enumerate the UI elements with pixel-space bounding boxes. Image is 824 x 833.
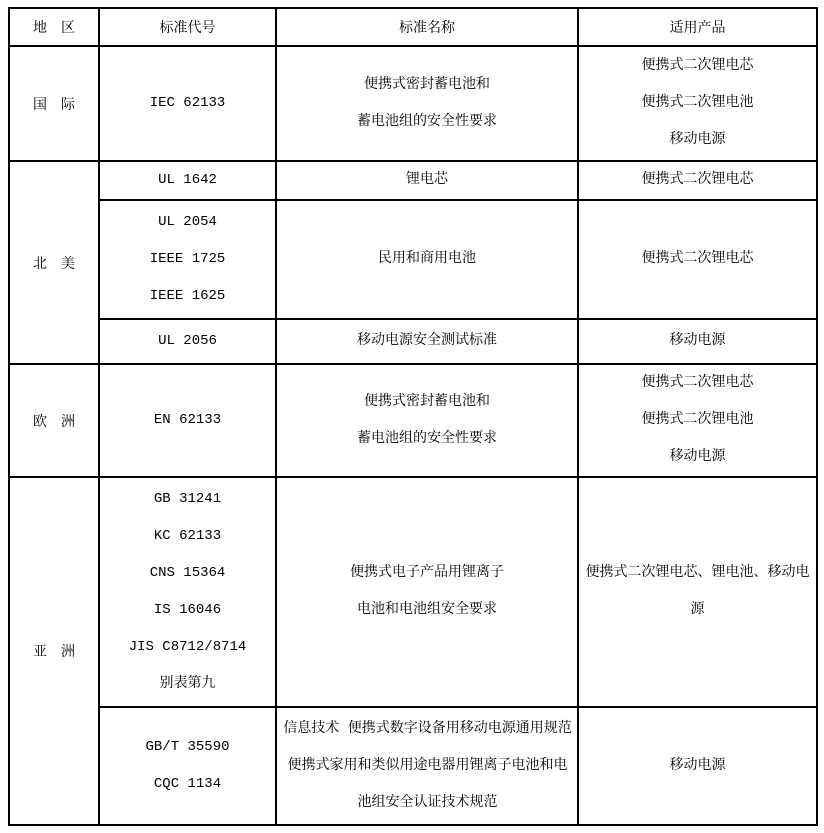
- name-cell: 信息技术 便携式数字设备用移动电源通用规范便携式家用和类似用途电器用锂离子电池和…: [276, 707, 578, 825]
- table-row: 国 际IEC 62133便携式密封蓄电池和蓄电池组的安全性要求便携式二次锂电芯便…: [9, 46, 817, 161]
- name-line: 信息技术 便携式数字设备用移动电源通用规范: [277, 711, 577, 748]
- codes-cell: EN 62133: [99, 364, 276, 477]
- products-line: 便携式二次锂电芯、锂电池、移动电: [579, 555, 816, 592]
- codes-line: EN 62133: [100, 402, 275, 439]
- name-line: 蓄电池组的安全性要求: [277, 104, 577, 141]
- table-row: 欧 洲EN 62133便携式密封蓄电池和蓄电池组的安全性要求便携式二次锂电芯便携…: [9, 364, 817, 477]
- name-cell: 锂电芯: [276, 161, 578, 200]
- codes-line: IEEE 1725: [100, 241, 275, 278]
- table-header: 地 区 标准代号 标准名称 适用产品: [9, 8, 817, 46]
- table-row: UL 2054IEEE 1725IEEE 1625民用和商用电池便携式二次锂电芯: [9, 200, 817, 319]
- region-cell: 国 际: [9, 46, 99, 161]
- name-line: 蓄电池组的安全性要求: [277, 421, 577, 458]
- codes-cell: UL 2056: [99, 319, 276, 364]
- codes-line: UL 1642: [100, 162, 275, 199]
- name-line: 移动电源安全测试标准: [277, 323, 577, 360]
- codes-line: KC 62133: [100, 518, 275, 555]
- codes-cell: UL 2054IEEE 1725IEEE 1625: [99, 200, 276, 319]
- table-row: GB/T 35590CQC 1134信息技术 便携式数字设备用移动电源通用规范便…: [9, 707, 817, 825]
- region-cell: 亚 洲: [9, 477, 99, 825]
- products-cell: 移动电源: [578, 707, 817, 825]
- codes-line: IS 16046: [100, 592, 275, 629]
- products-line: 便携式二次锂电芯: [579, 365, 816, 402]
- name-cell: 便携式密封蓄电池和蓄电池组的安全性要求: [276, 46, 578, 161]
- codes-line: CNS 15364: [100, 555, 275, 592]
- name-line: 池组安全认证技术规范: [277, 785, 577, 822]
- name-line: 便携式电子产品用锂离子: [277, 555, 577, 592]
- table-row: 亚 洲GB 31241KC 62133CNS 15364IS 16046JIS …: [9, 477, 817, 707]
- products-cell: 便携式二次锂电芯: [578, 161, 817, 200]
- name-line: 锂电芯: [277, 162, 577, 199]
- codes-cell: GB 31241KC 62133CNS 15364IS 16046JIS C87…: [99, 477, 276, 707]
- products-cell: 移动电源: [578, 319, 817, 364]
- column-header-region: 地 区: [9, 8, 99, 46]
- products-cell: 便携式二次锂电芯: [578, 200, 817, 319]
- codes-cell: IEC 62133: [99, 46, 276, 161]
- page: 地 区 标准代号 标准名称 适用产品 国 际IEC 62133便携式密封蓄电池和…: [0, 0, 824, 833]
- column-header-applicable-products: 适用产品: [578, 8, 817, 46]
- codes-line: JIS C8712/8714: [100, 629, 275, 666]
- name-cell: 便携式电子产品用锂离子电池和电池组安全要求: [276, 477, 578, 707]
- codes-line: GB 31241: [100, 481, 275, 518]
- region-cell: 北 美: [9, 161, 99, 364]
- codes-cell: GB/T 35590CQC 1134: [99, 707, 276, 825]
- products-cell: 便携式二次锂电芯便携式二次锂电池移动电源: [578, 46, 817, 161]
- products-line: 便携式二次锂电芯: [579, 48, 816, 85]
- products-line: 移动电源: [579, 323, 816, 360]
- products-line: 便携式二次锂电芯: [579, 162, 816, 199]
- products-line: 移动电源: [579, 748, 816, 785]
- codes-line: GB/T 35590: [100, 729, 275, 766]
- table-row: UL 2056移动电源安全测试标准移动电源: [9, 319, 817, 364]
- codes-line: IEC 62133: [100, 85, 275, 122]
- products-line: 源: [579, 592, 816, 629]
- products-line: 便携式二次锂电池: [579, 85, 816, 122]
- products-line: 移动电源: [579, 439, 816, 476]
- name-cell: 民用和商用电池: [276, 200, 578, 319]
- codes-cell: UL 1642: [99, 161, 276, 200]
- name-line: 便携式密封蓄电池和: [277, 67, 577, 104]
- column-header-standard-name: 标准名称: [276, 8, 578, 46]
- products-cell: 便携式二次锂电芯便携式二次锂电池移动电源: [578, 364, 817, 477]
- codes-line: IEEE 1625: [100, 278, 275, 315]
- region-cell: 欧 洲: [9, 364, 99, 477]
- table-row: 北 美UL 1642锂电芯便携式二次锂电芯: [9, 161, 817, 200]
- products-line: 便携式二次锂电芯: [579, 241, 816, 278]
- column-header-standard-code: 标准代号: [99, 8, 276, 46]
- codes-line: UL 2056: [100, 323, 275, 360]
- name-line: 电池和电池组安全要求: [277, 592, 577, 629]
- battery-standards-table: 地 区 标准代号 标准名称 适用产品 国 际IEC 62133便携式密封蓄电池和…: [8, 7, 818, 826]
- name-line: 便携式密封蓄电池和: [277, 384, 577, 421]
- products-line: 便携式二次锂电池: [579, 402, 816, 439]
- table-body: 国 际IEC 62133便携式密封蓄电池和蓄电池组的安全性要求便携式二次锂电芯便…: [9, 46, 817, 825]
- codes-line: 别表第九: [100, 666, 275, 703]
- name-cell: 移动电源安全测试标准: [276, 319, 578, 364]
- products-line: 移动电源: [579, 122, 816, 159]
- codes-line: UL 2054: [100, 204, 275, 241]
- header-row: 地 区 标准代号 标准名称 适用产品: [9, 8, 817, 46]
- name-line: 民用和商用电池: [277, 241, 577, 278]
- name-line: 便携式家用和类似用途电器用锂离子电池和电: [277, 748, 577, 785]
- products-cell: 便携式二次锂电芯、锂电池、移动电源: [578, 477, 817, 707]
- codes-line: CQC 1134: [100, 766, 275, 803]
- name-cell: 便携式密封蓄电池和蓄电池组的安全性要求: [276, 364, 578, 477]
